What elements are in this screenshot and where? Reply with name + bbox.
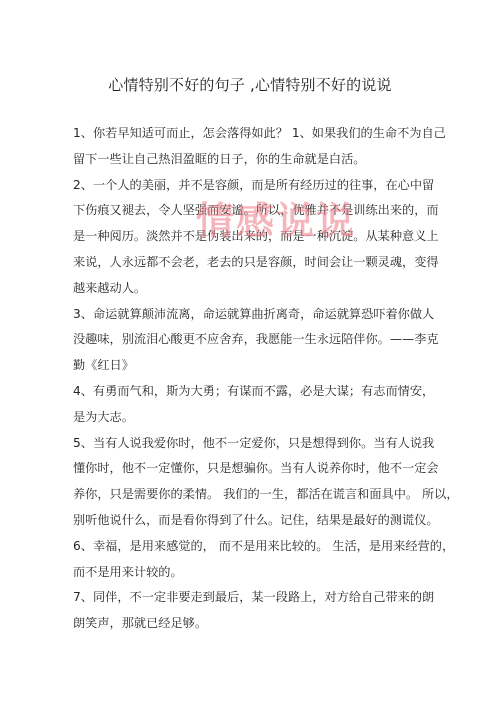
text-line: 3、命运就算颠沛流离，命运就算曲折离奇，命运就算恐吓着你做人: [73, 307, 433, 333]
text-line: 是为大志。: [73, 410, 433, 436]
text-line: 懂你时，他不一定懂你，只是想骗你。当有人说养你时，他不一定会: [73, 461, 433, 487]
document-title: 心情特别不好的句子 ,心情特别不好的说说: [0, 74, 500, 95]
text-line: 2、一个人的美丽，并不是容颜，而是所有经历过的往事，在心中留: [73, 178, 433, 204]
text-line: 7、同伴，不一定非要走到最后，某一段路上，对方给自己带来的朗: [73, 590, 433, 616]
text-line: 没趣味，别流泪心酸更不应舍弃，我愿能一生永远陪伴你。——李克: [73, 332, 433, 358]
text-line: 留下一些让自己热泪盈眶的日子，你的生命就是白活。: [73, 152, 433, 178]
text-line: 是一种阅历。淡然并不是伪装出来的，而是一种沉淀。从某种意义上: [73, 229, 433, 255]
text-line: 勤《红日》: [73, 358, 433, 384]
text-line: 6、幸福，是用来感觉的， 而不是用来比较的。 生活，是用来经营的，: [73, 539, 433, 565]
text-line: 朗笑声，那就已经足够。: [73, 616, 433, 642]
text-line: 别听他说什么，而是看你得到了什么。记住，结果是最好的测谎仪。: [73, 513, 433, 539]
text-line: 下伤痕又褪去，令人坚强而安谧。所以，优雅并不是训练出来的，而: [73, 203, 433, 229]
text-line: 1、你若早知适可而止，怎会落得如此？ 1、如果我们的生命不为自己: [73, 126, 433, 152]
text-line: 越来越动人。: [73, 281, 433, 307]
text-line: 养你，只是需要你的柔情。 我们的一生，都活在谎言和面具中。 所以，: [73, 487, 433, 513]
text-line: 5、当有人说我爱你时，他不一定爱你，只是想得到你。当有人说我: [73, 436, 433, 462]
text-line: 而不是用来计较的。: [73, 565, 433, 591]
text-line: 4、有勇而气和，斯为大勇；有谋而不露，必是大谋；有志而情安，: [73, 384, 433, 410]
document-body: 1、你若早知适可而止，怎会落得如此？ 1、如果我们的生命不为自己 留下一些让自己…: [73, 126, 433, 642]
text-line: 来说，人永远都不会老，老去的只是容颜，时间会让一颗灵魂，变得: [73, 255, 433, 281]
